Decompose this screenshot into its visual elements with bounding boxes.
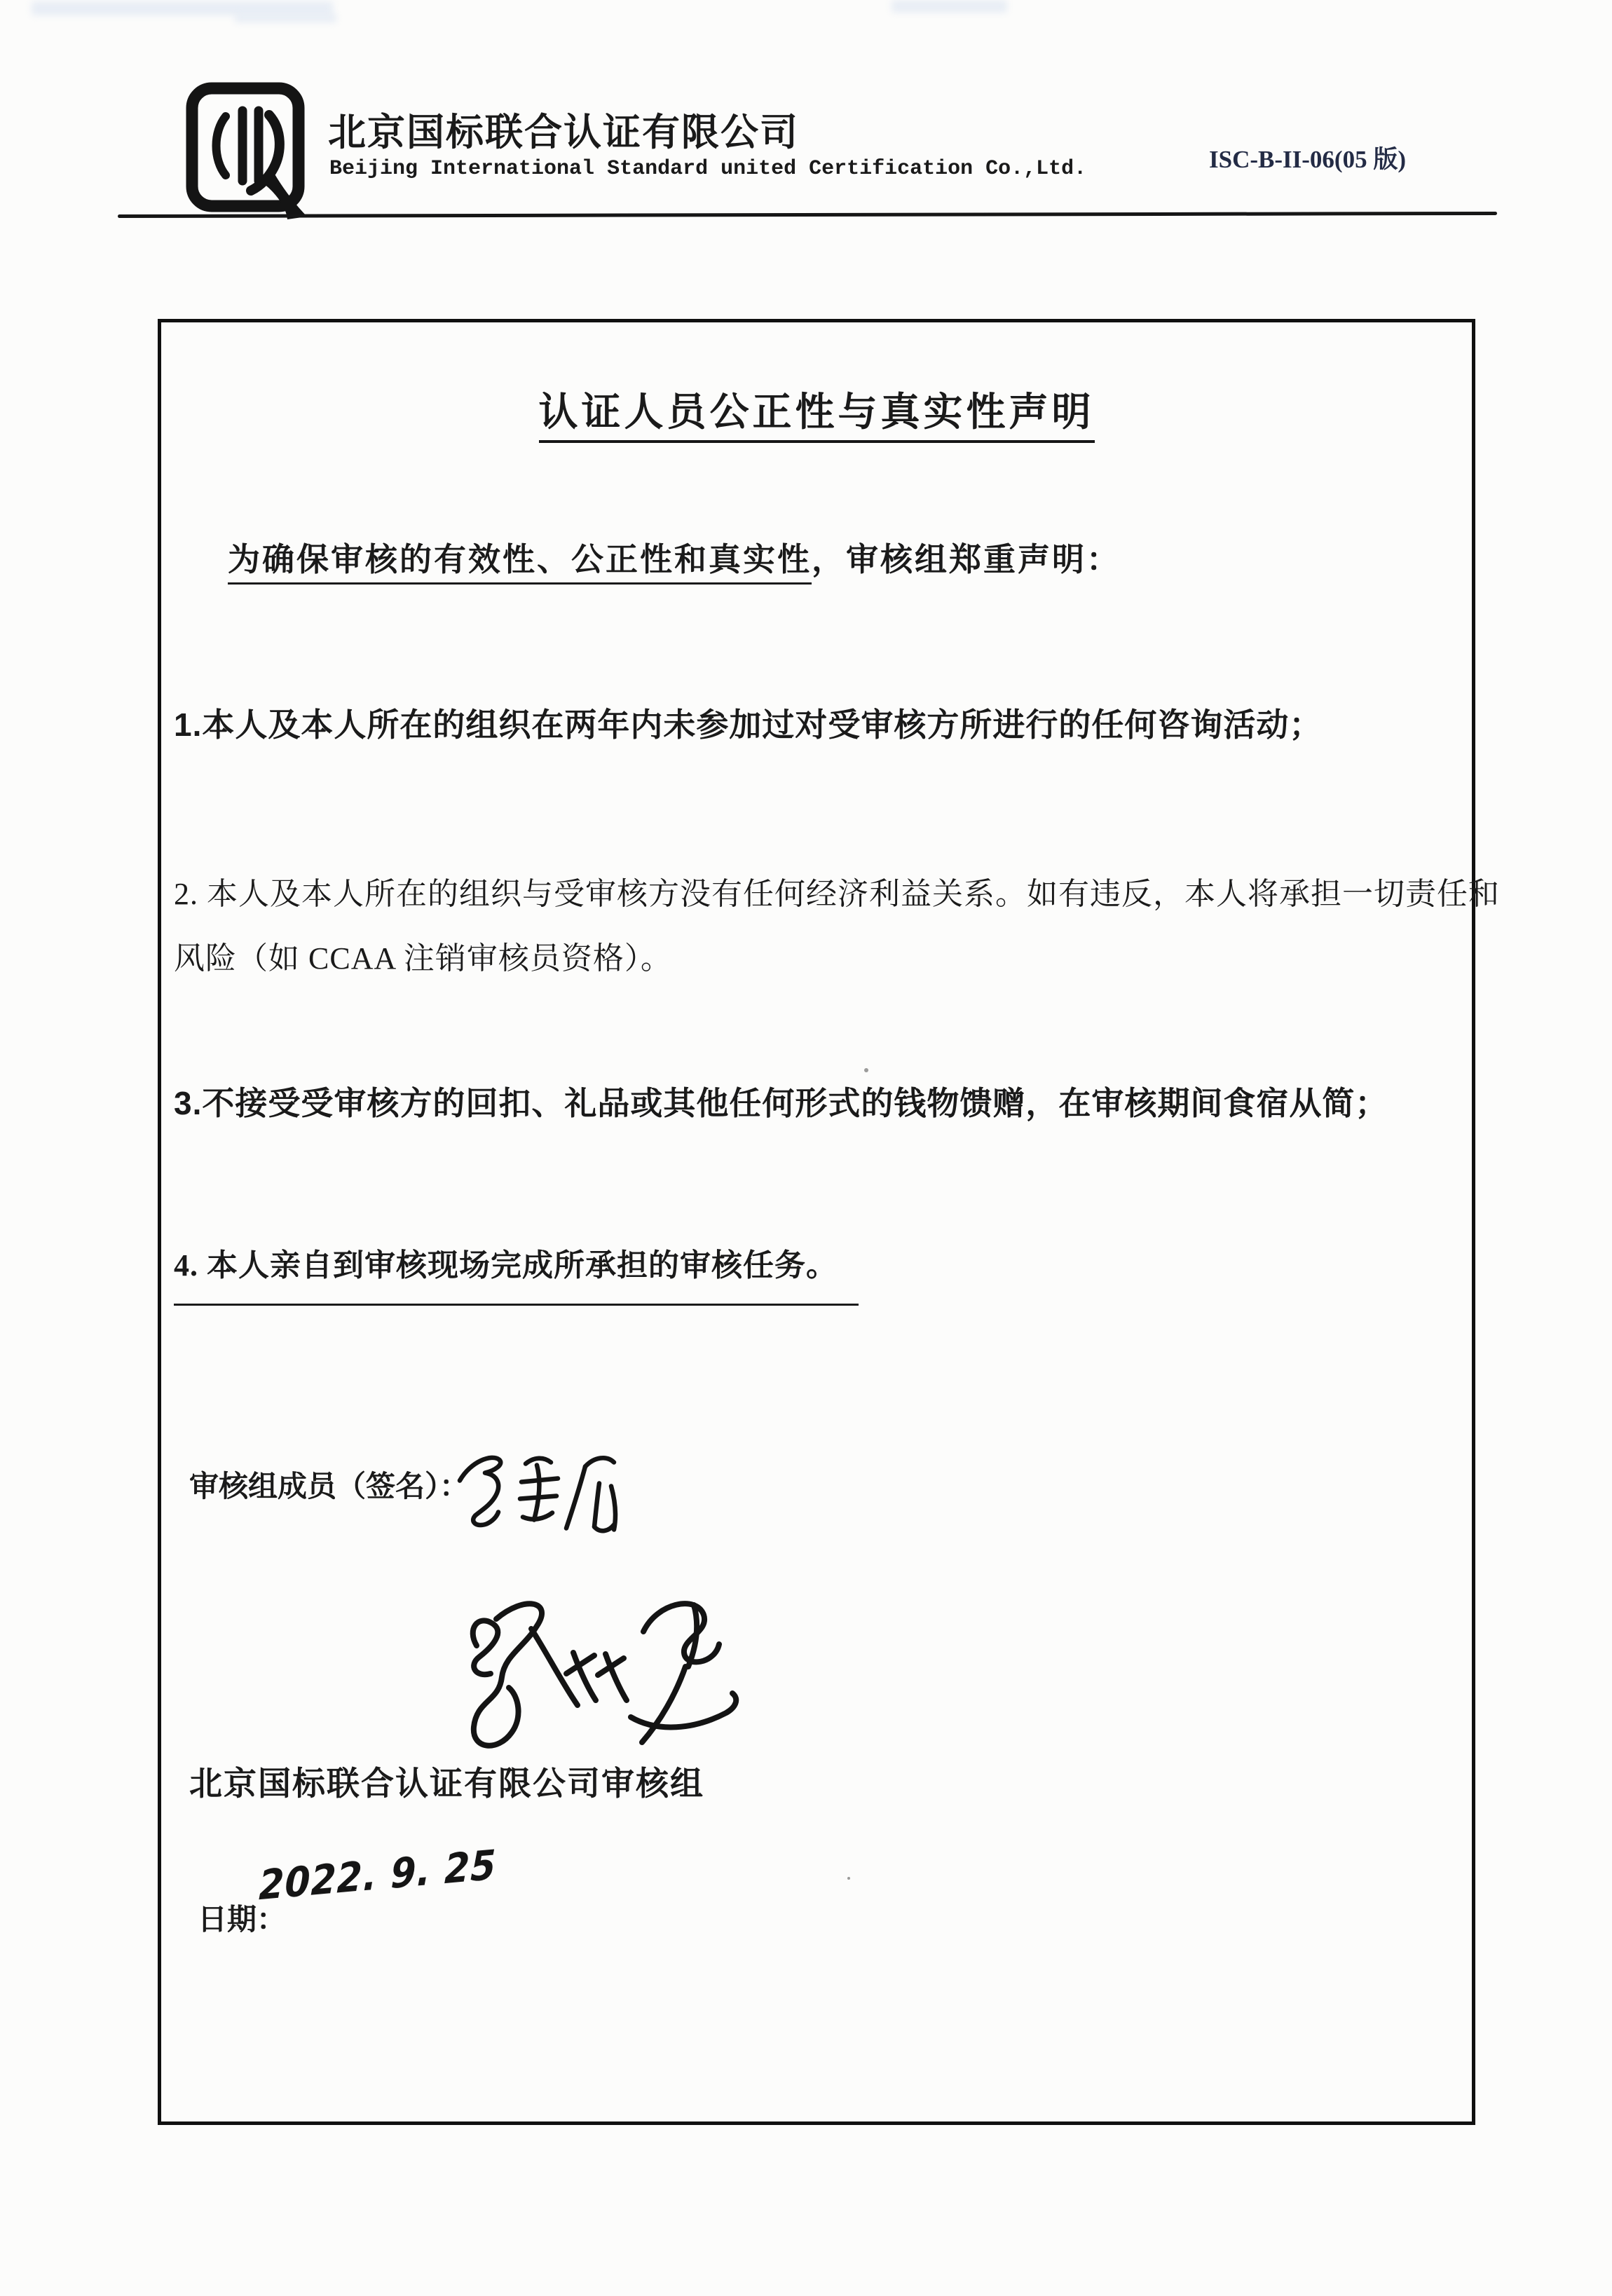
company-name-english: Beijing International Standard united Ce…: [329, 157, 1086, 181]
intro-underlined-text: 为确保审核的有效性、公正性和真实性: [228, 541, 812, 585]
item-2-line-2: 风险（如 CCAA 注销审核员资格）。: [174, 927, 1463, 991]
document-code: ISC-B-II-06(05 版): [1209, 140, 1447, 175]
document-page: 北京国标联合认证有限公司 Beijing International Stand…: [0, 0, 1612, 2296]
intro-rest-text: ，审核组郑重声明：: [812, 541, 1121, 578]
scan-speck: [847, 1877, 850, 1880]
company-logo-icon: [184, 81, 327, 221]
signature-label: 审核组成员（签名）：: [189, 1463, 469, 1505]
company-name-chinese: 北京国标联合认证有限公司: [328, 102, 799, 156]
declaration-item-4: 4. 本人亲自到审核现场完成所承担的审核任务。: [174, 1234, 1463, 1306]
handwritten-date: 2022. 9. 25: [259, 1840, 497, 1909]
item-1-line-1: 1.本人及本人所在的组织在两年内未参加过对受审核方所进行的任何咨询活动；: [174, 692, 1463, 757]
item-3-line-1: 3.不接受受审核方的回扣、礼品或其他任何形式的钱物馈赠，在审核期间食宿从简；: [174, 1071, 1463, 1135]
declaration-item-3: 3.不接受受审核方的回扣、礼品或其他任何形式的钱物馈赠，在审核期间食宿从简；: [174, 1071, 1463, 1135]
declaration-box: 认证人员公正性与真实性声明 为确保审核的有效性、公正性和真实性，审核组郑重声明：…: [158, 319, 1475, 2125]
scan-artifact: [892, 0, 1007, 13]
team-name: 北京国标联合认证有限公司审核组: [189, 1758, 704, 1805]
declaration-item-1: 1.本人及本人所在的组织在两年内未参加过对受审核方所进行的任何咨询活动；: [174, 692, 1463, 757]
declaration-item-2: 2. 本人及本人所在的组织与受审核方没有任何经济利益关系。如有违反，本人将承担一…: [174, 862, 1463, 991]
handwritten-signature-1: [456, 1449, 645, 1540]
declaration-title-text: 认证人员公正性与真实性声明: [539, 390, 1095, 443]
declaration-title: 认证人员公正性与真实性声明: [161, 381, 1472, 437]
item-2-line-1: 2. 本人及本人所在的组织与受审核方没有任何经济利益关系。如有违反，本人将承担一…: [174, 862, 1463, 927]
declaration-intro: 为确保审核的有效性、公正性和真实性，审核组郑重声明：: [228, 534, 1121, 580]
item-4-line-1: 4. 本人亲自到审核现场完成所承担的审核任务。: [174, 1234, 859, 1306]
scan-artifact: [235, 14, 336, 22]
handwritten-signature-2: [447, 1562, 756, 1768]
scan-speck: [864, 1068, 868, 1072]
scan-artifact: [32, 1, 333, 15]
